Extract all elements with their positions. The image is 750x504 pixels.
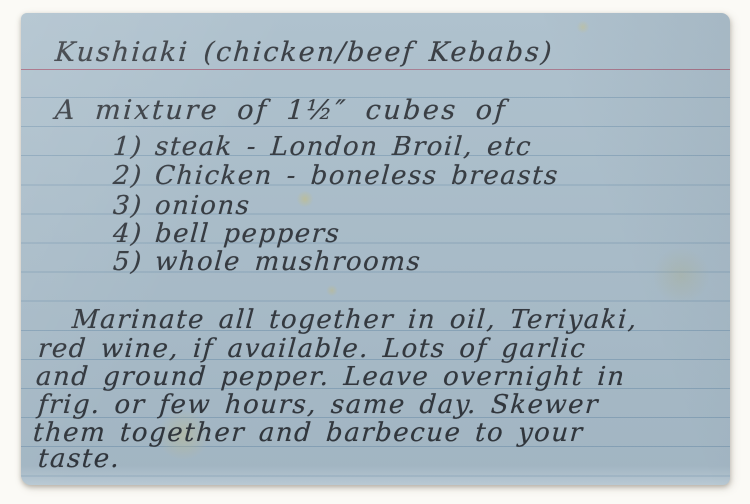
instruction-line-2: red wine, if available. Lots of garlic [37,334,587,364]
ingredient-number: 1) [112,132,156,162]
header-rule-line [21,69,730,70]
instruction-line-1: Marinate all together in oil, Teriyaki, [71,305,639,335]
ingredient-row-5: 5)whole mushrooms [112,247,422,277]
ingredient-number: 4) [112,219,156,249]
ingredient-row-3: 3)onions [112,191,252,221]
recipe-card: Kushiaki (chicken/beef Kebabs) A mixture… [21,13,730,485]
ingredient-text: Chicken - boneless breasts [154,161,560,191]
instruction-line-3: and ground pepper. Leave overnight in [35,362,627,392]
ingredient-text: onions [154,191,252,221]
ingredient-text: bell peppers [154,219,342,249]
ingredient-number: 2) [112,161,156,191]
ingredient-row-4: 4)bell peppers [112,219,342,249]
ingredient-text: whole mushrooms [154,247,422,277]
stain [576,21,590,33]
photo-background: Kushiaki (chicken/beef Kebabs) A mixture… [0,0,750,504]
ingredient-number: 5) [112,247,156,277]
ingredient-row-2: 2)Chicken - boneless breasts [112,161,560,191]
instruction-line-4: frig. or few hours, same day. Skewer [37,390,600,420]
ingredient-number: 3) [112,191,156,221]
ingredient-row-1: 1)steak - London Broil, etc [112,132,533,162]
instruction-line-6: taste. [37,444,122,474]
recipe-title: Kushiaki (chicken/beef Kebabs) [54,37,555,68]
intro-line: A mixture of 1½″ cubes of [54,95,508,126]
ingredient-text: steak - London Broil, etc [154,132,533,162]
